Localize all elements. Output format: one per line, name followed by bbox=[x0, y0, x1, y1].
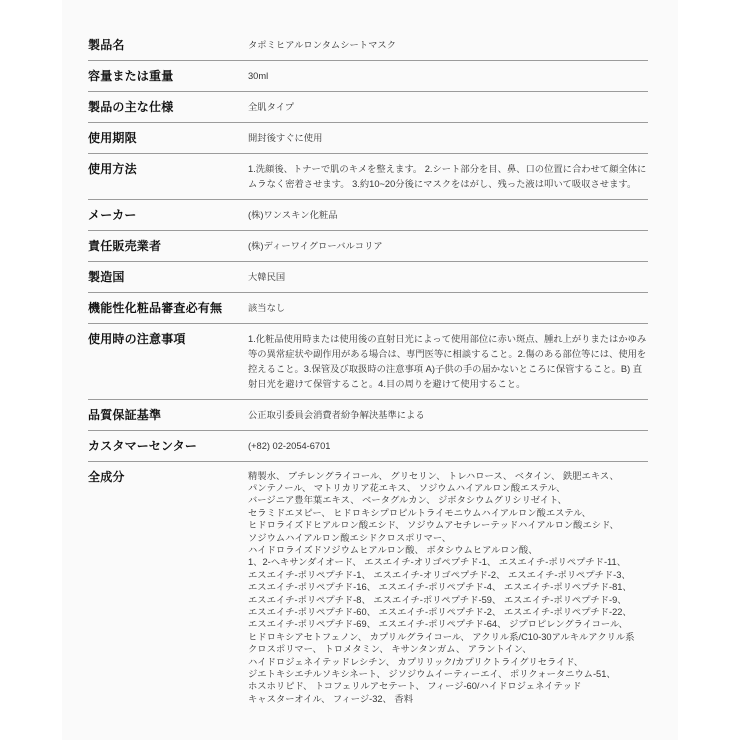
row-value: 精製水、 ブチレングライコール、 グリセリン、 トレハロース、 ベタイン、 鉄肥… bbox=[248, 470, 648, 706]
row-label: 機能性化粧品審査必有無 bbox=[88, 301, 248, 316]
spec-row-customer-center: カスタマーセンター (+82) 02-2054-6701 bbox=[88, 431, 648, 462]
row-value: (株)ディーワイグローバルコリア bbox=[248, 239, 648, 254]
row-value: タポミヒアルロンタムシートマスク bbox=[248, 38, 648, 53]
row-label: 責任販売業者 bbox=[88, 239, 248, 254]
row-value: (株)ワンスキン化粧品 bbox=[248, 208, 648, 223]
spec-row-main-spec: 製品の主な仕様 全肌タイプ bbox=[88, 92, 648, 123]
row-label: 容量または重量 bbox=[88, 69, 248, 84]
row-label: カスタマーセンター bbox=[88, 439, 248, 454]
spec-row-responsible-seller: 責任販売業者 (株)ディーワイグローバルコリア bbox=[88, 231, 648, 262]
row-value: 30ml bbox=[248, 69, 648, 84]
spec-row-precautions: 使用時の注意事項 1.化粧品使用時または使用後の直射日光によって使用部位に赤い斑… bbox=[88, 324, 648, 400]
spec-row-volume-or-weight: 容量または重量 30ml bbox=[88, 61, 648, 92]
row-label: メーカー bbox=[88, 208, 248, 223]
spec-row-usage-method: 使用方法 1.洗顔後、トナーで肌のキメを整えます。 2.シート部分を目、鼻、口の… bbox=[88, 154, 648, 200]
spec-row-product-name: 製品名 タポミヒアルロンタムシートマスク bbox=[88, 30, 648, 61]
row-value: (+82) 02-2054-6701 bbox=[248, 439, 648, 454]
row-value: 1.洗顔後、トナーで肌のキメを整えます。 2.シート部分を目、鼻、口の位置に合わ… bbox=[248, 162, 648, 192]
row-label: 品質保証基準 bbox=[88, 408, 248, 423]
product-spec-table: 製品名 タポミヒアルロンタムシートマスク 容量または重量 30ml 製品の主な仕… bbox=[88, 30, 648, 713]
content-panel: 製品名 タポミヒアルロンタムシートマスク 容量または重量 30ml 製品の主な仕… bbox=[62, 0, 678, 740]
spec-row-expiration: 使用期限 開封後すぐに使用 bbox=[88, 123, 648, 154]
row-value: 公正取引委員会消費者紛争解決基準による bbox=[248, 408, 648, 423]
row-label: 製造国 bbox=[88, 270, 248, 285]
spec-row-quality-guarantee: 品質保証基準 公正取引委員会消費者紛争解決基準による bbox=[88, 400, 648, 431]
row-value: 1.化粧品使用時または使用後の直射日光によって使用部位に赤い斑点、腫れ上がりまた… bbox=[248, 332, 648, 392]
spec-row-functional-cosmetics-review: 機能性化粧品審査必有無 該当なし bbox=[88, 293, 648, 324]
row-label: 製品の主な仕様 bbox=[88, 100, 248, 115]
row-value: 該当なし bbox=[248, 301, 648, 316]
row-value: 全肌タイプ bbox=[248, 100, 648, 115]
row-value: 大韓民国 bbox=[248, 270, 648, 285]
row-label: 製品名 bbox=[88, 38, 248, 53]
spec-row-country-of-origin: 製造国 大韓民国 bbox=[88, 262, 648, 293]
spec-row-manufacturer: メーカー (株)ワンスキン化粧品 bbox=[88, 200, 648, 231]
row-value: 開封後すぐに使用 bbox=[248, 131, 648, 146]
row-label: 使用方法 bbox=[88, 162, 248, 177]
spec-row-all-ingredients: 全成分 精製水、 ブチレングライコール、 グリセリン、 トレハロース、 ベタイン… bbox=[88, 462, 648, 713]
row-label: 全成分 bbox=[88, 470, 248, 485]
row-label: 使用時の注意事項 bbox=[88, 332, 248, 347]
row-label: 使用期限 bbox=[88, 131, 248, 146]
